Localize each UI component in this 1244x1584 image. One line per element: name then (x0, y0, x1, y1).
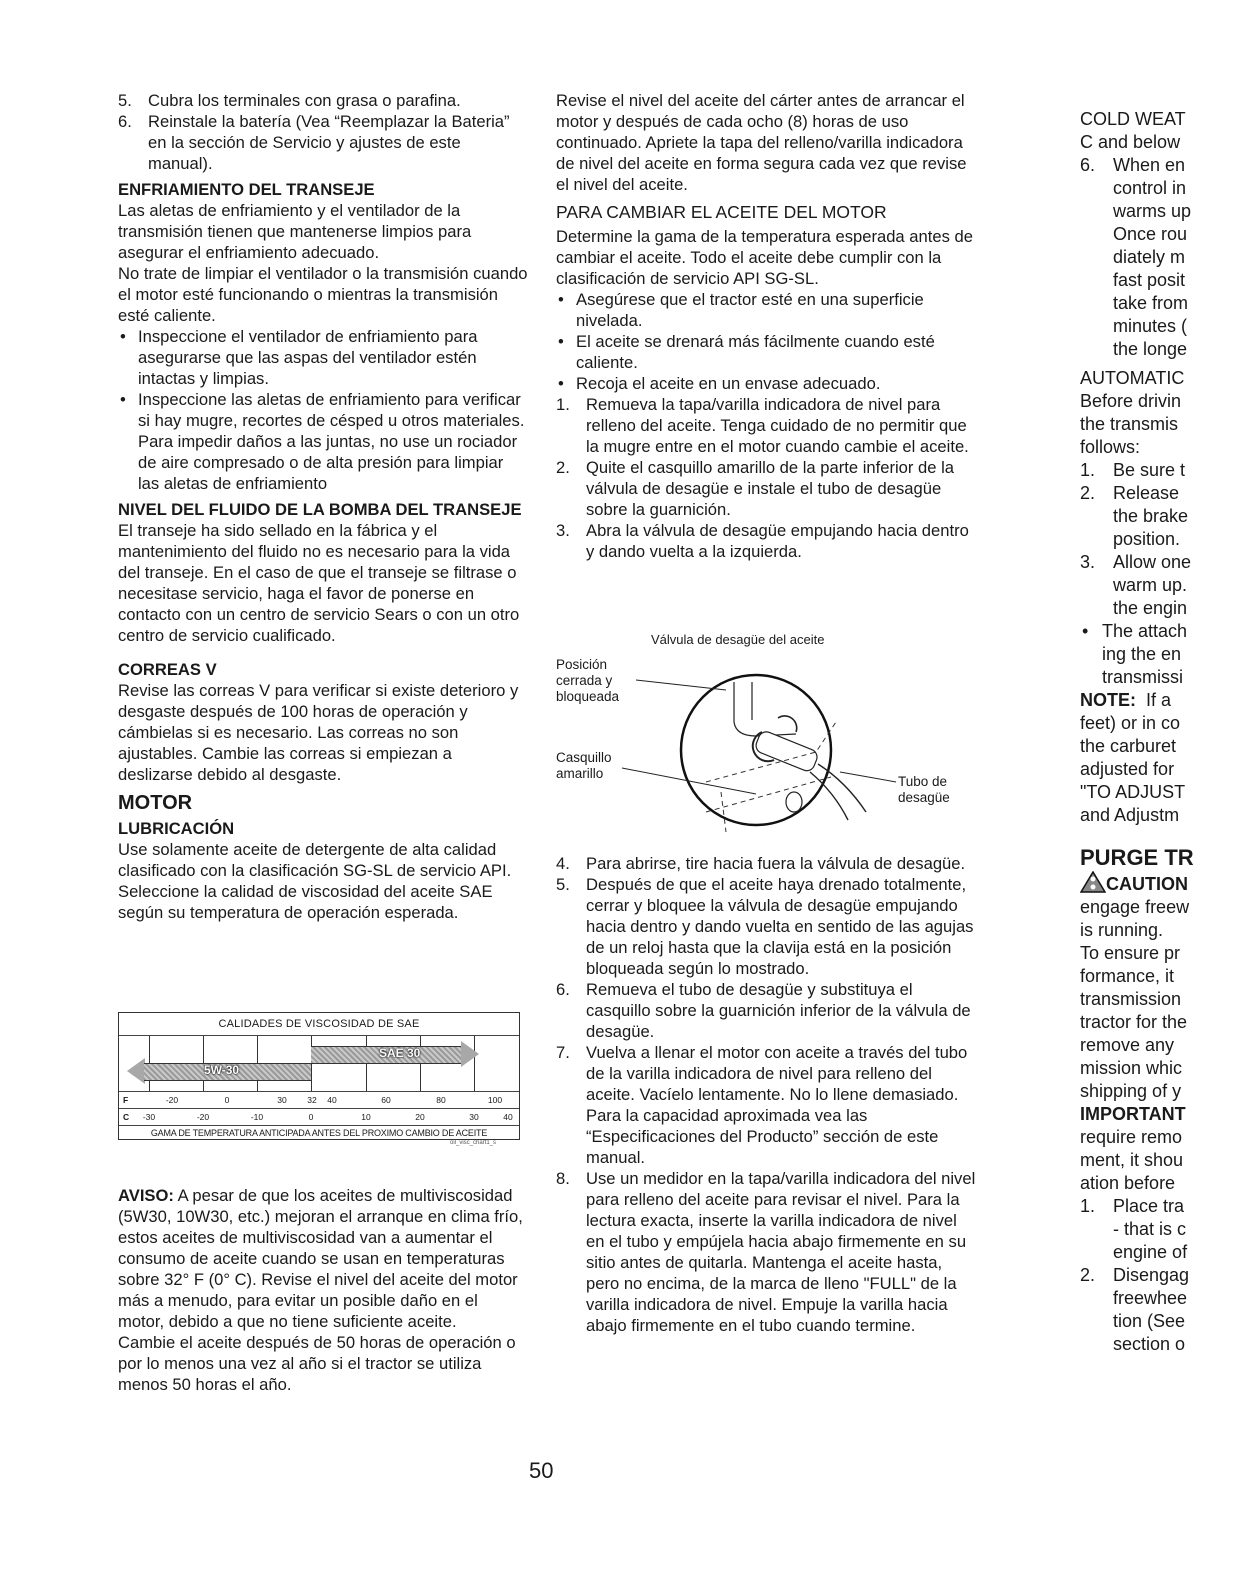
heading-motor: MOTOR (118, 791, 528, 815)
fahrenheit-scale: F -20 0 30 32 40 60 80 100 (119, 1092, 519, 1109)
text-line: require remo (1080, 1126, 1244, 1149)
list-item-6: 6.Reinstale la batería (Vea “Reemplazar … (118, 111, 528, 174)
text-line: ation before (1080, 1172, 1244, 1195)
text-line: Disengag (1113, 1264, 1244, 1287)
list-item-5: 5.Cubra los terminales con grasa o paraf… (118, 90, 528, 111)
list-item-6: 6. When en control in warms up Once rou … (1080, 154, 1244, 361)
bullet-item: •Inspeccione el ventilador de enfriamien… (118, 326, 528, 389)
text-line: formance, it (1080, 965, 1244, 988)
step-8: 8.Use un medidor en la tapa/varilla indi… (556, 1168, 976, 1336)
text-line: The attach (1102, 620, 1244, 643)
text-line: transmission (1080, 988, 1244, 1011)
chart-title: CALIDADES DE VISCOSIDAD DE SAE (119, 1013, 519, 1036)
text-line: is running. (1080, 919, 1244, 942)
text-line: minutes ( (1113, 315, 1244, 338)
text-line: Place tra (1113, 1195, 1244, 1218)
paragraph: Revise las correas V para verificar si e… (118, 680, 528, 785)
step-6: 6.Remueva el tubo de desagüe y substituy… (556, 979, 976, 1042)
paragraph: Las aletas de enfriamiento y el ventilad… (118, 200, 528, 263)
text-line: position. (1113, 528, 1244, 551)
arrow-left-icon (127, 1058, 145, 1084)
text-line: Before drivin (1080, 390, 1244, 413)
text-line: COLD WEAT (1080, 108, 1244, 131)
heading-automatic: AUTOMATIC (1080, 367, 1244, 390)
purge-item-2: 2. Disengag freewhee tion (See section o (1080, 1264, 1244, 1356)
step-1: 1.Remueva la tapa/varilla indicadora de … (556, 394, 976, 457)
bullet-item: •Asegúrese que el tractor esté en una su… (556, 289, 976, 331)
arrow-right-icon (461, 1041, 479, 1067)
text-line: the engin (1113, 597, 1244, 620)
text-line: the longe (1113, 338, 1244, 361)
list-item-1: 1. Be sure t (1080, 459, 1244, 482)
page-number: 50 (529, 1458, 553, 1484)
bullet-icon: • (120, 326, 126, 347)
text-line: take from (1113, 292, 1244, 315)
text-line: To ensure pr (1080, 942, 1244, 965)
paragraph: Use solamente aceite de detergente de al… (118, 839, 528, 923)
list-item-2: 2. Release the brake position. (1080, 482, 1244, 551)
text-line: C and below (1080, 131, 1244, 154)
arrow-5w30: 5W-30 (144, 1063, 311, 1081)
text-line: Be sure t (1113, 459, 1244, 482)
step-2: 2.Quite el casquillo amarillo de la part… (556, 457, 976, 520)
text-line: tractor for the (1080, 1011, 1244, 1034)
text-line: shipping of y (1080, 1080, 1244, 1103)
text-line: ing the en (1102, 643, 1244, 666)
text-line: transmissi (1102, 666, 1244, 689)
middle-column: Revise el nivel del aceite del cárter an… (556, 90, 976, 562)
caution-line: CAUTION (1080, 871, 1244, 896)
aviso-paragraph: AVISO: A pesar de que los aceites de mul… (118, 1185, 528, 1332)
bullet-item: •Inspeccione las aletas de enfriamiento … (118, 389, 528, 494)
left-column: 5.Cubra los terminales con grasa o paraf… (118, 90, 528, 923)
paragraph: Revise el nivel del aceite del cárter an… (556, 90, 976, 195)
celsius-scale: C -30 -20 -10 0 10 20 30 40 (119, 1109, 519, 1126)
text-line: control in (1113, 177, 1244, 200)
paragraph: Determine la gama de la temperatura espe… (556, 226, 976, 289)
text-line: engage freew (1080, 896, 1244, 919)
heading-nivel-fluido: NIVEL DEL FLUIDO DE LA BOMBA DEL TRANSEJ… (118, 499, 528, 520)
text-line: fast posit (1113, 269, 1244, 292)
bullet-icon: • (558, 373, 564, 394)
text-line: engine of (1113, 1241, 1244, 1264)
text-line: follows: (1080, 436, 1244, 459)
caution-triangle-icon (1080, 871, 1106, 893)
text-line: section o (1113, 1333, 1244, 1356)
step-5: 5.Después de que el aceite haya drenado … (556, 874, 976, 979)
text-line: the transmis (1080, 413, 1244, 436)
text-line: remove any (1080, 1034, 1244, 1057)
drain-valve-figure: Válvula de desagüe del aceite Posición c… (556, 632, 976, 850)
text-line: warm up. (1113, 574, 1244, 597)
step-3: 3.Abra la válvula de desagüe empujando h… (556, 520, 976, 562)
text-line: the brake (1113, 505, 1244, 528)
paragraph: Cambie el aceite después de 50 horas de … (118, 1332, 528, 1395)
text-line: the carburet (1080, 735, 1244, 758)
bullet-icon: • (1082, 620, 1088, 643)
text-line: feet) or in co (1080, 712, 1244, 735)
text-line: Release (1113, 482, 1244, 505)
chart-code: oil_visc_chart1_s (450, 1140, 496, 1146)
text-line: diately m (1113, 246, 1244, 269)
left-column-lower: AVISO: A pesar de que los aceites de mul… (118, 1185, 528, 1395)
chart-footer: GAMA DE TEMPERATURA ANTICIPADA ANTES DEL… (119, 1126, 519, 1140)
bullet-icon: • (120, 389, 126, 410)
text-line: adjusted for (1080, 758, 1244, 781)
text-line: tion (See (1113, 1310, 1244, 1333)
chart-plot: 5W-30 SAE 30 (119, 1036, 519, 1092)
paragraph: El transeje ha sido sellado en la fábric… (118, 520, 528, 646)
paragraph: No trate de limpiar el ventilador o la t… (118, 263, 528, 326)
text-line: ment, it shou (1080, 1149, 1244, 1172)
sae-viscosity-chart: CALIDADES DE VISCOSIDAD DE SAE 5W-30 SAE… (118, 1012, 520, 1140)
text-line: When en (1113, 154, 1244, 177)
bullet-icon: • (558, 289, 564, 310)
step-7: 7.Vuelva a llenar el motor con aceite a … (556, 1042, 976, 1168)
bullet-icon: • (558, 331, 564, 352)
bullet-item: • The attach ing the en transmissi (1080, 620, 1244, 689)
purge-item-1: 1. Place tra - that is c engine of (1080, 1195, 1244, 1264)
text-line: - that is c (1113, 1218, 1244, 1241)
bullet-item: •El aceite se drenará más fácilmente cua… (556, 331, 976, 373)
note-line: NOTE: If a (1080, 689, 1244, 712)
text-line: "TO ADJUST (1080, 781, 1244, 804)
text-line: Once rou (1113, 223, 1244, 246)
important-label: IMPORTANT (1080, 1103, 1244, 1126)
right-column-clipped: COLD WEAT C and below 6. When en control… (1080, 108, 1244, 1356)
text-line: and Adjustm (1080, 804, 1244, 827)
heading-lubricacion: LUBRICACIÓN (118, 818, 528, 839)
text-line: freewhee (1113, 1287, 1244, 1310)
bullet-item: •Recoja el aceite en un envase adecuado. (556, 373, 976, 394)
heading-purge: PURGE TR (1080, 845, 1244, 871)
list-item-3: 3. Allow one warm up. the engin (1080, 551, 1244, 620)
middle-column-lower: 4.Para abrirse, tire hacia fuera la válv… (556, 853, 976, 1336)
heading-enfriamiento: ENFRIAMIENTO DEL TRANSEJE (118, 179, 528, 200)
heading-correas: CORREAS V (118, 659, 528, 680)
text-line: Allow one (1113, 551, 1244, 574)
arrow-sae30: SAE 30 (311, 1046, 461, 1064)
drain-valve-illustration-icon (556, 632, 976, 850)
step-4: 4.Para abrirse, tire hacia fuera la válv… (556, 853, 976, 874)
text-line: warms up (1113, 200, 1244, 223)
text-line: mission whic (1080, 1057, 1244, 1080)
heading-cambiar-aceite: PARA CAMBIAR EL ACEITE DEL MOTOR (556, 202, 976, 223)
